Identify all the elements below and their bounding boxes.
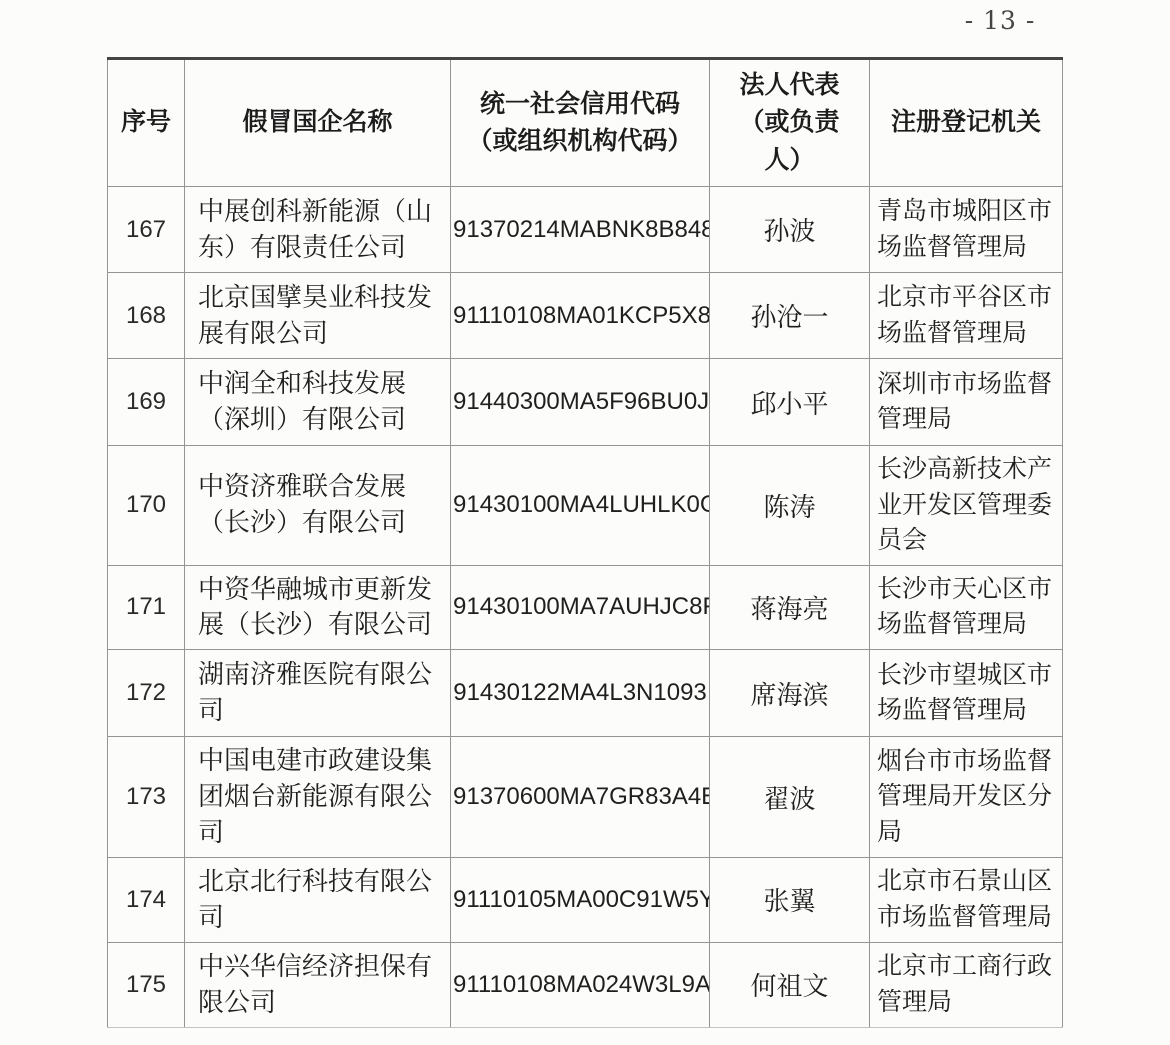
cell-company-name: 北京国擘昊业科技发展有限公司 [185,273,451,359]
table-header-row: 序号 假冒国企名称 统一社会信用代码 （或组织机构代码） 法人代表 （或负责 人… [108,59,1063,187]
table-row: 169中润全和科技发展（深圳）有限公司91440300MA5F96BU0J邱小平… [108,359,1063,446]
cell-serial: 172 [108,650,185,737]
cell-serial: 174 [108,857,185,942]
cell-registration-authority: 北京市平谷区市场监督管理局 [870,273,1063,359]
fake-soe-table: 序号 假冒国企名称 统一社会信用代码 （或组织机构代码） 法人代表 （或负责 人… [107,57,1063,1028]
cell-representative: 蒋海亮 [710,565,870,650]
cell-serial: 175 [108,942,185,1027]
cell-representative: 孙波 [710,187,870,273]
table-body: 167中展创科新能源（山东）有限责任公司91370214MABNK8B848孙波… [108,187,1063,1028]
cell-representative: 何祖文 [710,942,870,1027]
cell-registration-authority: 青岛市城阳区市场监督管理局 [870,187,1063,273]
cell-company-name: 中资济雅联合发展（长沙）有限公司 [185,446,451,566]
cell-credit-code: 91440300MA5F96BU0J [451,359,710,446]
cell-company-name: 中兴华信经济担保有限公司 [185,942,451,1027]
cell-representative: 陈涛 [710,446,870,566]
table-row: 175中兴华信经济担保有限公司91110108MA024W3L9A何祖文北京市工… [108,942,1063,1027]
cell-representative: 孙沧一 [710,273,870,359]
cell-company-name: 中国电建市政建设集团烟台新能源有限公司 [185,737,451,858]
cell-representative: 翟波 [710,737,870,858]
cell-credit-code: 91370214MABNK8B848 [451,187,710,273]
cell-registration-authority: 深圳市市场监督管理局 [870,359,1063,446]
cell-representative: 邱小平 [710,359,870,446]
table-row: 170中资济雅联合发展（长沙）有限公司91430100MA4LUHLK0G陈涛长… [108,446,1063,566]
cell-credit-code: 91430100MA7AUHJC8F [451,565,710,650]
cell-company-name: 湖南济雅医院有限公司 [185,650,451,737]
cell-serial: 173 [108,737,185,858]
cell-credit-code: 91110108MA01KCP5X8 [451,273,710,359]
cell-credit-code: 91110108MA024W3L9A [451,942,710,1027]
table-row: 168北京国擘昊业科技发展有限公司91110108MA01KCP5X8孙沧一北京… [108,273,1063,359]
cell-representative: 席海滨 [710,650,870,737]
cell-serial: 171 [108,565,185,650]
cell-credit-code: 91110105MA00C91W5Y [451,857,710,942]
table-row: 173中国电建市政建设集团烟台新能源有限公司91370600MA7GR83A4E… [108,737,1063,858]
cell-registration-authority: 烟台市市场监督管理局开发区分局 [870,737,1063,858]
col-header-credit-code: 统一社会信用代码 （或组织机构代码） [451,59,710,187]
cell-serial: 170 [108,446,185,566]
cell-registration-authority: 北京市石景山区市场监督管理局 [870,857,1063,942]
cell-representative: 张翼 [710,857,870,942]
col-header-company-name: 假冒国企名称 [185,59,451,187]
page-number: - 13 - [930,6,1070,35]
col-header-registration-authority: 注册登记机关 [870,59,1063,187]
cell-company-name: 中润全和科技发展（深圳）有限公司 [185,359,451,446]
cell-credit-code: 91370600MA7GR83A4E [451,737,710,858]
cell-company-name: 中资华融城市更新发展（长沙）有限公司 [185,565,451,650]
cell-company-name: 中展创科新能源（山东）有限责任公司 [185,187,451,273]
cell-serial: 167 [108,187,185,273]
cell-registration-authority: 长沙高新技术产业开发区管理委员会 [870,446,1063,566]
table-row: 171中资华融城市更新发展（长沙）有限公司91430100MA7AUHJC8F蒋… [108,565,1063,650]
table-row: 167中展创科新能源（山东）有限责任公司91370214MABNK8B848孙波… [108,187,1063,273]
document-page: - 13 - 序号 假冒国企名称 统一社会信用代码 （或组织机构代码） 法人代表… [0,0,1170,1045]
table-row: 174北京北行科技有限公司91110105MA00C91W5Y张翼北京市石景山区… [108,857,1063,942]
col-header-representative: 法人代表 （或负责 人） [710,59,870,187]
col-header-serial: 序号 [108,59,185,187]
cell-registration-authority: 北京市工商行政管理局 [870,942,1063,1027]
cell-registration-authority: 长沙市天心区市场监督管理局 [870,565,1063,650]
cell-serial: 169 [108,359,185,446]
cell-serial: 168 [108,273,185,359]
cell-registration-authority: 长沙市望城区市场监督管理局 [870,650,1063,737]
table-row: 172湖南济雅医院有限公司91430122MA4L3N1093席海滨长沙市望城区… [108,650,1063,737]
cell-credit-code: 91430100MA4LUHLK0G [451,446,710,566]
cell-credit-code: 91430122MA4L3N1093 [451,650,710,737]
cell-company-name: 北京北行科技有限公司 [185,857,451,942]
